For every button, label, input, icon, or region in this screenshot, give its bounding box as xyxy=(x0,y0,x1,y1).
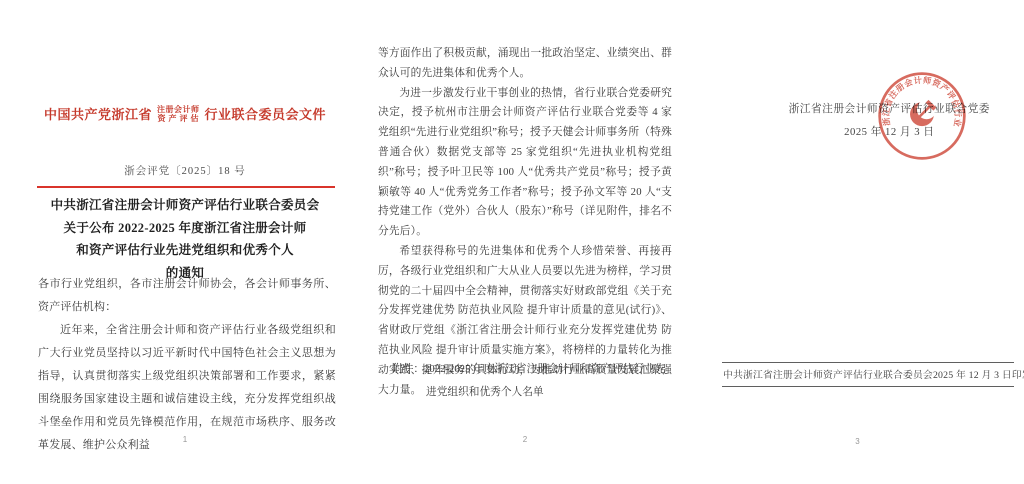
document-page-1: 中国共产党浙江省 注册会计师 资 产 评 估 行业联合委员会文件 浙会评党〔20… xyxy=(30,0,340,484)
body-paragraph: 等方面作出了积极贡献，涌现出一批政治坚定、业绩突出、群众认可的先进集体和优秀个人… xyxy=(378,44,672,84)
colophon-imprint-block: 中共浙江省注册会计师资产评估行业联合委员会 2025 年 12 月 3 日印发 xyxy=(722,362,1014,387)
colophon-issuer: 中共浙江省注册会计师资产评估行业联合委员会 xyxy=(723,367,933,381)
official-red-seal: 浙江省注册会计师资产评估行业联合委员会 xyxy=(876,70,968,162)
title-line-3: 和资产评估行业先进党组织和优秀个人 xyxy=(30,239,340,262)
letterhead-stack-line2: 资 产 评 估 xyxy=(158,114,200,123)
letterhead-org-suffix: 行业联合委员会文件 xyxy=(205,104,327,123)
letterhead-stack-line1: 注册会计师 xyxy=(157,105,200,114)
page-number-1: 1 xyxy=(30,435,340,444)
title-line-1: 中共浙江省注册会计师资产评估行业联合委员会 xyxy=(30,194,340,217)
body-paragraph: 为进一步激发行业干事创业的热情，省行业联合党委研究决定，授予杭州市注册会计师资产… xyxy=(378,84,672,242)
document-number: 浙会评党〔2025〕18 号 xyxy=(30,163,340,178)
document-page-3: 浙江省注册会计师资产评估行业联合党委 2025 年 12 月 3 日 浙江省注册… xyxy=(700,0,1015,484)
page1-body-text: 各市行业党组织，各市注册会计师协会，各会计师事务所、资产评估机构： 近年来，全省… xyxy=(38,273,336,457)
page-number-2: 2 xyxy=(370,435,680,444)
document-scan-canvas: 中国共产党浙江省 注册会计师 资 产 评 估 行业联合委员会文件 浙会评党〔20… xyxy=(0,0,1024,484)
letterhead-stacked-words: 注册会计师 资 产 评 估 xyxy=(157,105,200,123)
seal-graphic: 浙江省注册会计师资产评估行业联合委员会 xyxy=(876,70,968,162)
red-letterhead: 中国共产党浙江省 注册会计师 资 产 评 估 行业联合委员会文件 xyxy=(30,104,340,123)
attachment-note: 附件：2022-2025 年度浙江省注册会计师和资产评估行业先进党组织和优秀个人… xyxy=(392,358,674,403)
salutation-line: 各市行业党组织，各市注册会计师协会，各会计师事务所、资产评估机构： xyxy=(38,273,336,319)
document-title: 中共浙江省注册会计师资产评估行业联合委员会 关于公布 2022-2025 年度浙… xyxy=(30,194,340,284)
page-number-3: 3 xyxy=(700,437,1015,446)
document-page-2: 等方面作出了积极贡献，涌现出一批政治坚定、业绩突出、群众认可的先进集体和优秀个人… xyxy=(370,0,680,484)
colophon-print-date: 2025 年 12 月 3 日印发 xyxy=(933,367,1024,381)
red-separator-line xyxy=(37,186,335,188)
letterhead-org-prefix: 中国共产党浙江省 xyxy=(44,104,152,123)
page2-body-text: 等方面作出了积极贡献，涌现出一批政治坚定、业绩突出、群众认可的先进集体和优秀个人… xyxy=(378,44,672,400)
title-line-2: 关于公布 2022-2025 年度浙江省注册会计师 xyxy=(30,217,340,240)
hammer-sickle-icon xyxy=(910,100,936,126)
